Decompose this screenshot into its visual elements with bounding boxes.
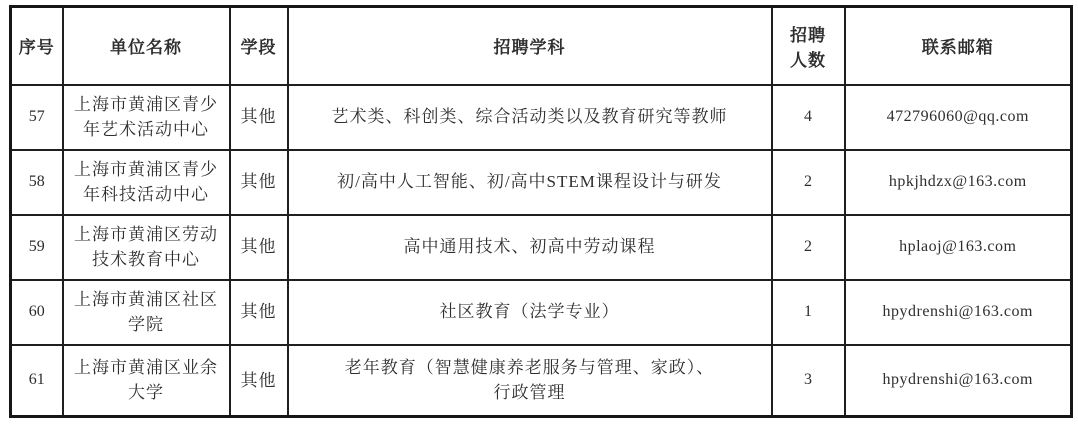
cell-recruit-count: 2 [772, 215, 845, 280]
cell-contact-email: hplaoj@163.com [845, 215, 1072, 280]
cell-contact-email: hpkjhdzx@163.com [845, 150, 1072, 215]
table-row: 61 上海市黄浦区业余 大学 其他 老年教育（智慧健康养老服务与管理、家政）、 … [11, 345, 1072, 417]
cell-unit-name: 上海市黄浦区劳动 技术教育中心 [63, 215, 230, 280]
table-header: 序号 单位名称 学段 招聘学科 招聘 人数 联系邮箱 [11, 7, 1072, 85]
header-row: 序号 单位名称 学段 招聘学科 招聘 人数 联系邮箱 [11, 7, 1072, 85]
table-row: 58 上海市黄浦区青少 年科技活动中心 其他 初/高中人工智能、初/高中STEM… [11, 150, 1072, 215]
cell-unit-name: 上海市黄浦区青少 年艺术活动中心 [63, 85, 230, 150]
cell-school-stage: 其他 [230, 280, 288, 345]
cell-serial-number: 59 [11, 215, 63, 280]
cell-school-stage: 其他 [230, 150, 288, 215]
cell-recruit-subject: 艺术类、科创类、综合活动类以及教育研究等教师 [288, 85, 772, 150]
header-unit-name: 单位名称 [63, 7, 230, 85]
cell-school-stage: 其他 [230, 85, 288, 150]
cell-contact-email: 472796060@qq.com [845, 85, 1072, 150]
table-row: 60 上海市黄浦区社区 学院 其他 社区教育（法学专业） 1 hpydrensh… [11, 280, 1072, 345]
cell-unit-name: 上海市黄浦区业余 大学 [63, 345, 230, 417]
cell-school-stage: 其他 [230, 345, 288, 417]
header-recruit-subject: 招聘学科 [288, 7, 772, 85]
cell-unit-name: 上海市黄浦区社区 学院 [63, 280, 230, 345]
header-serial-number: 序号 [11, 7, 63, 85]
table-row: 59 上海市黄浦区劳动 技术教育中心 其他 高中通用技术、初高中劳动课程 2 h… [11, 215, 1072, 280]
table-row: 57 上海市黄浦区青少 年艺术活动中心 其他 艺术类、科创类、综合活动类以及教育… [11, 85, 1072, 150]
cell-recruit-subject: 高中通用技术、初高中劳动课程 [288, 215, 772, 280]
header-contact-email: 联系邮箱 [845, 7, 1072, 85]
cell-recruit-subject: 社区教育（法学专业） [288, 280, 772, 345]
cell-serial-number: 58 [11, 150, 63, 215]
cell-contact-email: hpydrenshi@163.com [845, 280, 1072, 345]
header-school-stage: 学段 [230, 7, 288, 85]
cell-serial-number: 57 [11, 85, 63, 150]
cell-recruit-count: 2 [772, 150, 845, 215]
cell-recruit-subject: 老年教育（智慧健康养老服务与管理、家政）、 行政管理 [288, 345, 772, 417]
cell-contact-email: hpydrenshi@163.com [845, 345, 1072, 417]
cell-recruit-count: 4 [772, 85, 845, 150]
table-body: 57 上海市黄浦区青少 年艺术活动中心 其他 艺术类、科创类、综合活动类以及教育… [11, 85, 1072, 417]
cell-school-stage: 其他 [230, 215, 288, 280]
header-recruit-count: 招聘 人数 [772, 7, 845, 85]
cell-unit-name: 上海市黄浦区青少 年科技活动中心 [63, 150, 230, 215]
cell-recruit-count: 1 [772, 280, 845, 345]
cell-recruit-subject: 初/高中人工智能、初/高中STEM课程设计与研发 [288, 150, 772, 215]
cell-recruit-count: 3 [772, 345, 845, 417]
cell-serial-number: 60 [11, 280, 63, 345]
recruitment-table: 序号 单位名称 学段 招聘学科 招聘 人数 联系邮箱 57 上海市黄浦区青少 年… [9, 5, 1073, 418]
page: 序号 单位名称 学段 招聘学科 招聘 人数 联系邮箱 57 上海市黄浦区青少 年… [0, 0, 1078, 424]
cell-serial-number: 61 [11, 345, 63, 417]
